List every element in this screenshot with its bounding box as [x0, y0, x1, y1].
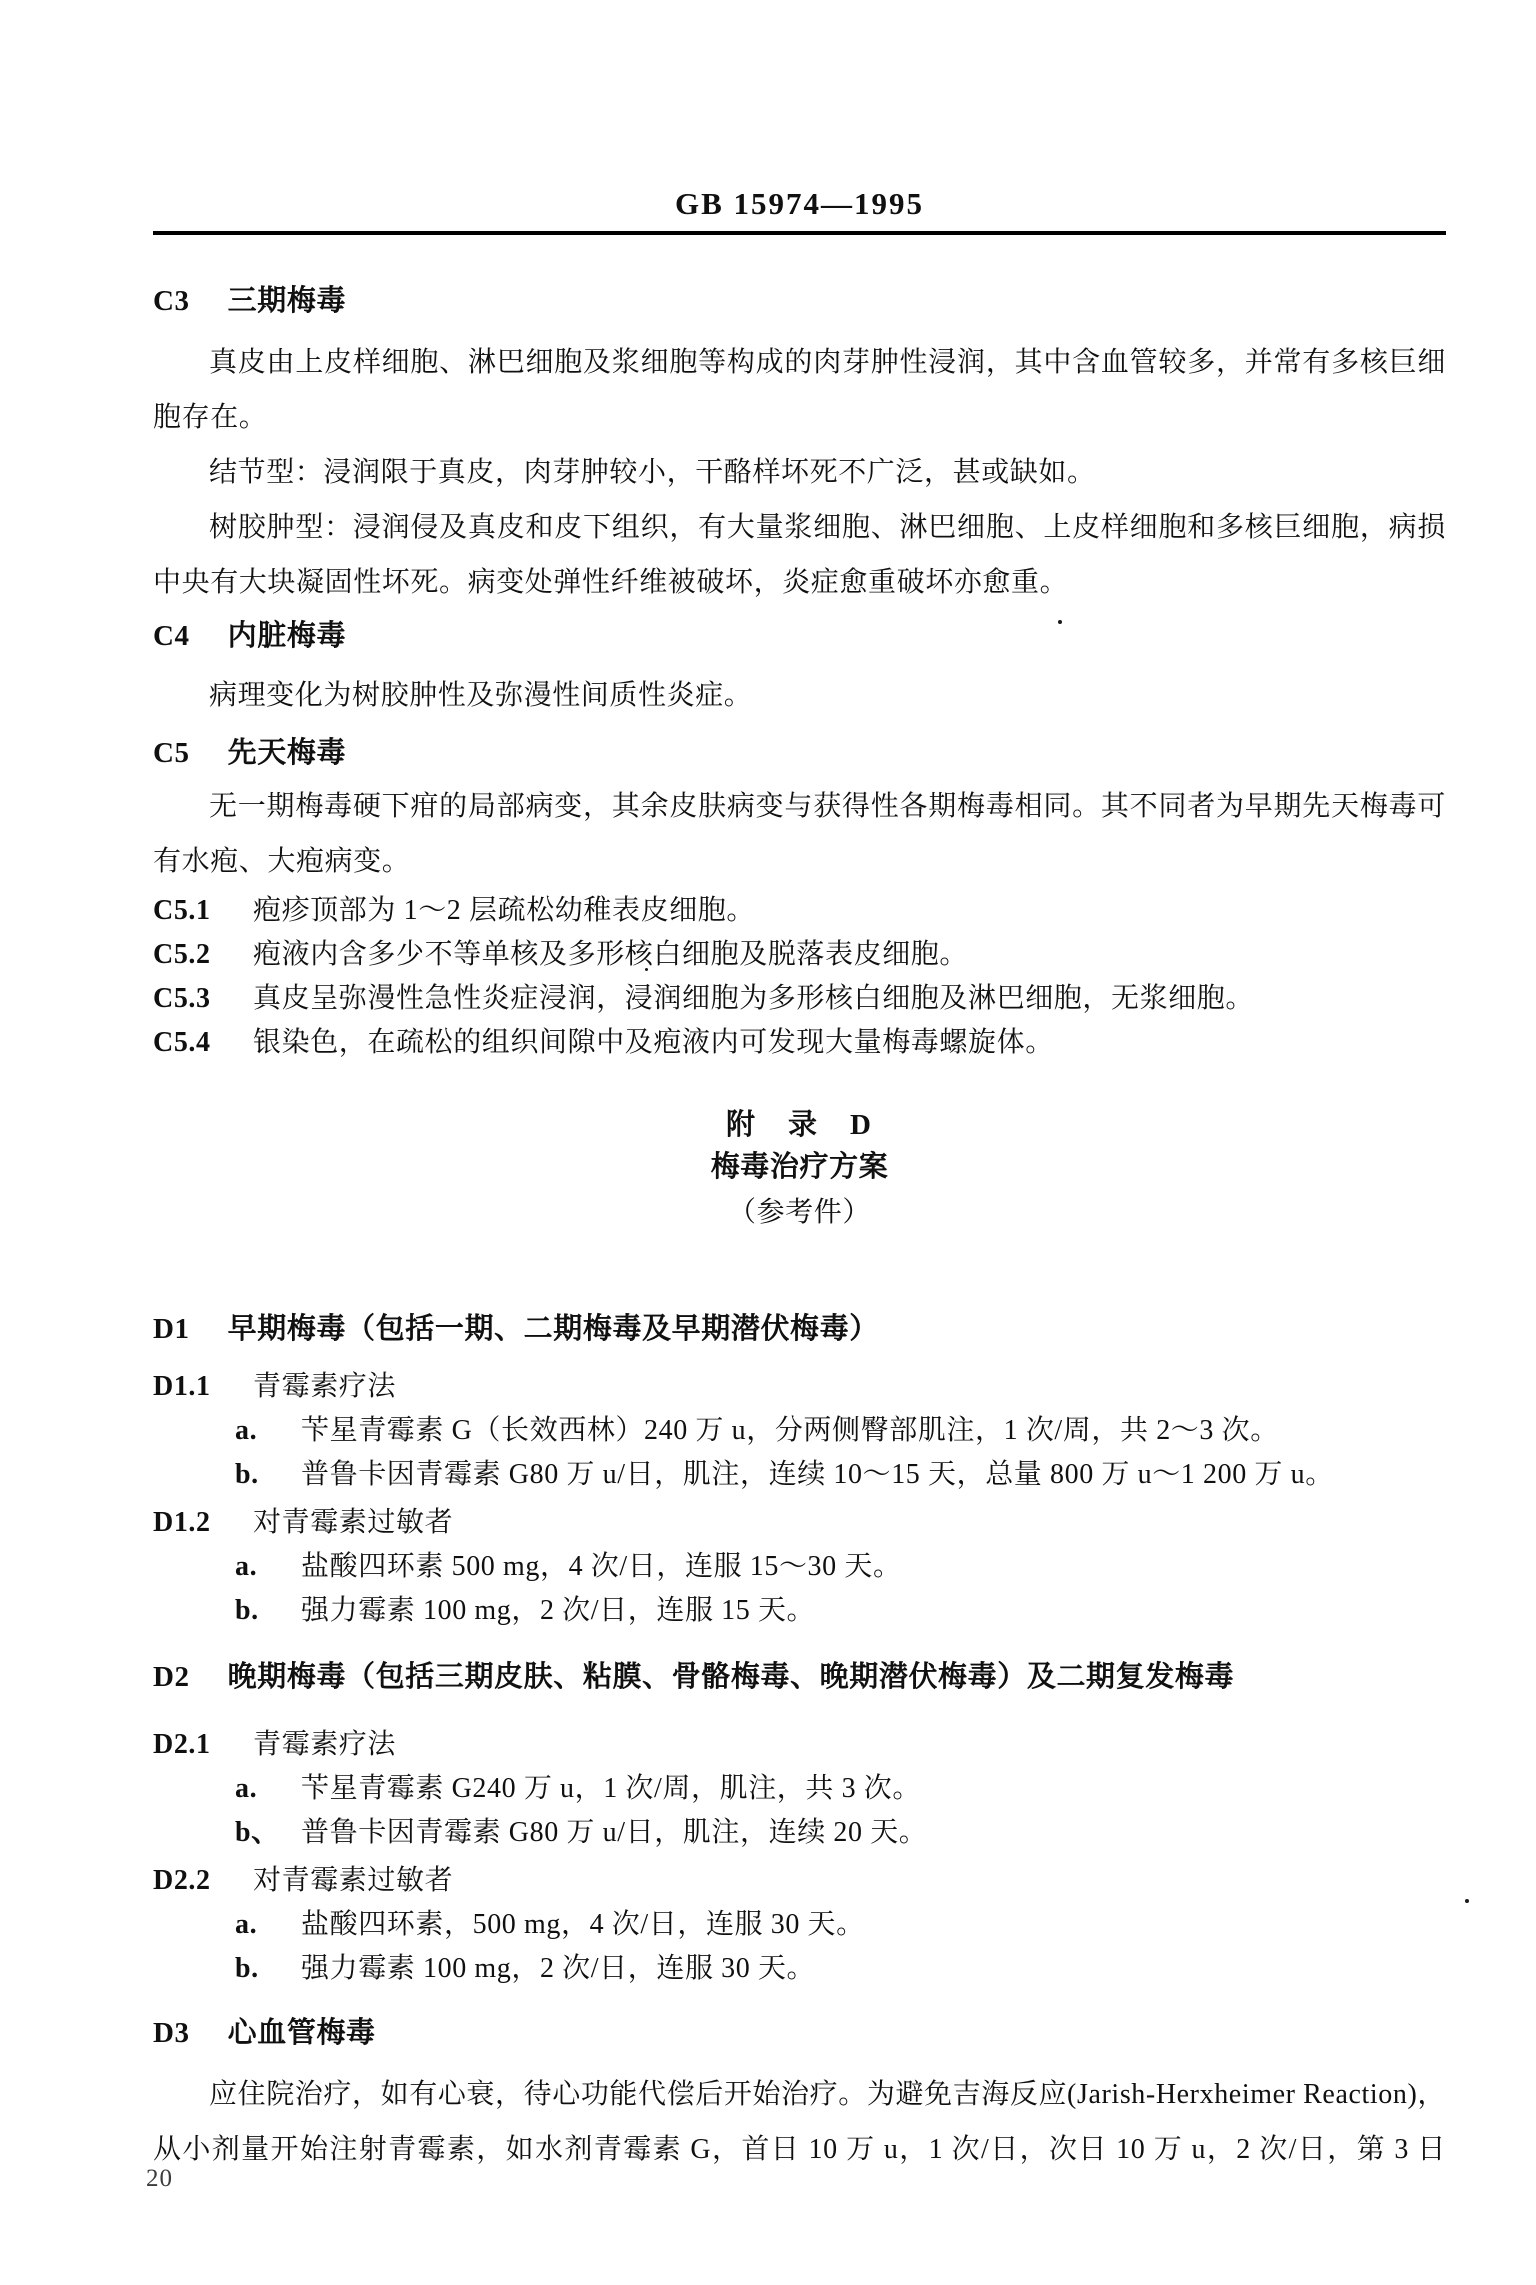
- subclause-number: D2.2: [153, 1859, 253, 1903]
- subclause-title: 青霉素疗法: [253, 1365, 1446, 1409]
- list-item: a. 盐酸四环素 500 mg，4 次/日，连服 15～30 天。: [153, 1545, 1446, 1589]
- section-number: D1: [153, 1309, 190, 1349]
- subclause-row: D1.2 对青霉素过敏者: [153, 1501, 1446, 1545]
- section-number: D2: [153, 1657, 190, 1697]
- paragraph: 应住院治疗，如有心衰，待心功能代偿后开始治疗。为避免吉海反应(Jarish-He…: [153, 2067, 1446, 2177]
- item-marker: a.: [235, 1767, 301, 1811]
- clause-number: C5.1: [153, 889, 253, 933]
- section-number: C5: [153, 733, 190, 773]
- item-text: 盐酸四环素，500 mg，4 次/日，连服 30 天。: [301, 1903, 1446, 1947]
- appendix-d-header: 附 录 D 梅毒治疗方案 （参考件）: [153, 1105, 1446, 1233]
- subclause-row: D2.2 对青霉素过敏者: [153, 1859, 1446, 1903]
- subclause-number: D2.1: [153, 1723, 253, 1767]
- appendix-title: 梅毒治疗方案: [153, 1147, 1446, 1187]
- clause-row: C5.3 真皮呈弥漫性急性炎症浸润，浸润细胞为多形核白细胞及淋巴细胞，无浆细胞。: [153, 977, 1446, 1021]
- subclause-number: D1.1: [153, 1365, 253, 1409]
- clause-text: 银染色，在疏松的组织间隙中及疱液内可发现大量梅毒螺旋体。: [253, 1021, 1446, 1065]
- scanned-standard-page: GB 15974—1995 C3 三期梅毒 真皮由上皮样细胞、淋巴细胞及浆细胞等…: [0, 0, 1536, 2285]
- subclause-row: D2.1 青霉素疗法: [153, 1723, 1446, 1767]
- page-number: 20: [146, 2165, 173, 2193]
- item-text: 苄星青霉素 G（长效西林）240 万 u，分两侧臀部肌注，1 次/周，共 2～3…: [301, 1409, 1446, 1453]
- list-item: a. 苄星青霉素 G（长效西林）240 万 u，分两侧臀部肌注，1 次/周，共 …: [153, 1409, 1446, 1453]
- item-text: 强力霉素 100 mg，2 次/日，连服 15 天。: [301, 1589, 1446, 1633]
- clause-number: C5.2: [153, 933, 253, 977]
- clause-row: C5.2 疱液内含多少不等单核及多形核白细胞及脱落表皮细胞。: [153, 933, 1446, 977]
- appendix-note: （参考件）: [153, 1193, 1446, 1233]
- section-d3-heading: D3 心血管梅毒: [153, 2013, 1446, 2053]
- item-marker: b、: [235, 1811, 301, 1855]
- section-title: 心血管梅毒: [228, 2013, 376, 2053]
- section-d2-heading: D2 晚期梅毒（包括三期皮肤、粘膜、骨骼梅毒、晚期潜伏梅毒）及二期复发梅毒: [153, 1657, 1446, 1697]
- section-number: D3: [153, 2013, 190, 2053]
- section-c4-heading: C4 内脏梅毒: [153, 616, 1446, 656]
- item-text: 苄星青霉素 G240 万 u，1 次/周，肌注，共 3 次。: [301, 1767, 1446, 1811]
- section-c5-heading: C5 先天梅毒: [153, 733, 1446, 773]
- subclause-title: 对青霉素过敏者: [253, 1501, 1446, 1545]
- paragraph: 树胶肿型：浸润侵及真皮和皮下组织，有大量浆细胞、淋巴细胞、上皮样细胞和多核巨细胞…: [153, 500, 1446, 610]
- scan-speck: [1058, 620, 1062, 624]
- list-item: b. 强力霉素 100 mg，2 次/日，连服 15 天。: [153, 1589, 1446, 1633]
- clause-number: C5.4: [153, 1021, 253, 1065]
- subclause-title: 对青霉素过敏者: [253, 1859, 1446, 1903]
- item-marker: b.: [235, 1453, 301, 1497]
- section-c3-heading: C3 三期梅毒: [153, 281, 1446, 321]
- paragraph: 结节型：浸润限于真皮，肉芽肿较小，干酪样坏死不广泛，甚或缺如。: [153, 445, 1446, 500]
- list-item: b、 普鲁卡因青霉素 G80 万 u/日，肌注，连续 20 天。: [153, 1811, 1446, 1855]
- subclause-row: D1.1 青霉素疗法: [153, 1365, 1446, 1409]
- header-rule: [153, 231, 1446, 235]
- item-marker: a.: [235, 1409, 301, 1453]
- clause-text: 疱疹顶部为 1～2 层疏松幼稚表皮细胞。: [253, 889, 1446, 933]
- paragraph: 真皮由上皮样细胞、淋巴细胞及浆细胞等构成的肉芽肿性浸润，其中含血管较多，并常有多…: [153, 335, 1446, 445]
- item-text: 普鲁卡因青霉素 G80 万 u/日，肌注，连续 10～15 天，总量 800 万…: [301, 1453, 1446, 1497]
- subclause-number: D1.2: [153, 1501, 253, 1545]
- clause-row: C5.1 疱疹顶部为 1～2 层疏松幼稚表皮细胞。: [153, 889, 1446, 933]
- standard-number: GB 15974—1995: [153, 186, 1446, 222]
- section-d1-heading: D1 早期梅毒（包括一期、二期梅毒及早期潜伏梅毒）: [153, 1309, 1446, 1349]
- item-text: 普鲁卡因青霉素 G80 万 u/日，肌注，连续 20 天。: [301, 1811, 1446, 1855]
- section-title: 内脏梅毒: [228, 616, 346, 656]
- appendix-label: 附 录 D: [153, 1105, 1446, 1145]
- item-marker: a.: [235, 1545, 301, 1589]
- item-marker: a.: [235, 1903, 301, 1947]
- list-item: a. 盐酸四环素，500 mg，4 次/日，连服 30 天。: [153, 1903, 1446, 1947]
- section-number: C4: [153, 616, 190, 656]
- paragraph: 无一期梅毒硬下疳的局部病变，其余皮肤病变与获得性各期梅毒相同。其不同者为早期先天…: [153, 779, 1446, 889]
- item-marker: b.: [235, 1947, 301, 1991]
- section-title: 晚期梅毒（包括三期皮肤、粘膜、骨骼梅毒、晚期潜伏梅毒）及二期复发梅毒: [228, 1657, 1234, 1697]
- list-item: b. 普鲁卡因青霉素 G80 万 u/日，肌注，连续 10～15 天，总量 80…: [153, 1453, 1446, 1497]
- clause-text: 疱液内含多少不等单核及多形核白细胞及脱落表皮细胞。: [253, 933, 1446, 977]
- section-number: C3: [153, 281, 190, 321]
- paragraph: 病理变化为树胶肿性及弥漫性间质性炎症。: [153, 668, 1446, 723]
- subclause-title: 青霉素疗法: [253, 1723, 1446, 1767]
- scan-speck: [645, 968, 648, 971]
- item-marker: b.: [235, 1589, 301, 1633]
- list-item: a. 苄星青霉素 G240 万 u，1 次/周，肌注，共 3 次。: [153, 1767, 1446, 1811]
- section-title: 早期梅毒（包括一期、二期梅毒及早期潜伏梅毒）: [228, 1309, 879, 1349]
- clause-text: 真皮呈弥漫性急性炎症浸润，浸润细胞为多形核白细胞及淋巴细胞，无浆细胞。: [253, 977, 1446, 1021]
- page-body: C3 三期梅毒 真皮由上皮样细胞、淋巴细胞及浆细胞等构成的肉芽肿性浸润，其中含血…: [153, 281, 1446, 2177]
- section-title: 三期梅毒: [228, 281, 346, 321]
- item-text: 强力霉素 100 mg，2 次/日，连服 30 天。: [301, 1947, 1446, 1991]
- clause-number: C5.3: [153, 977, 253, 1021]
- list-item: b. 强力霉素 100 mg，2 次/日，连服 30 天。: [153, 1947, 1446, 1991]
- clause-row: C5.4 银染色，在疏松的组织间隙中及疱液内可发现大量梅毒螺旋体。: [153, 1021, 1446, 1065]
- page-header: GB 15974—1995: [153, 0, 1446, 235]
- item-text: 盐酸四环素 500 mg，4 次/日，连服 15～30 天。: [301, 1545, 1446, 1589]
- scan-speck: [1465, 1899, 1469, 1903]
- section-title: 先天梅毒: [228, 733, 346, 773]
